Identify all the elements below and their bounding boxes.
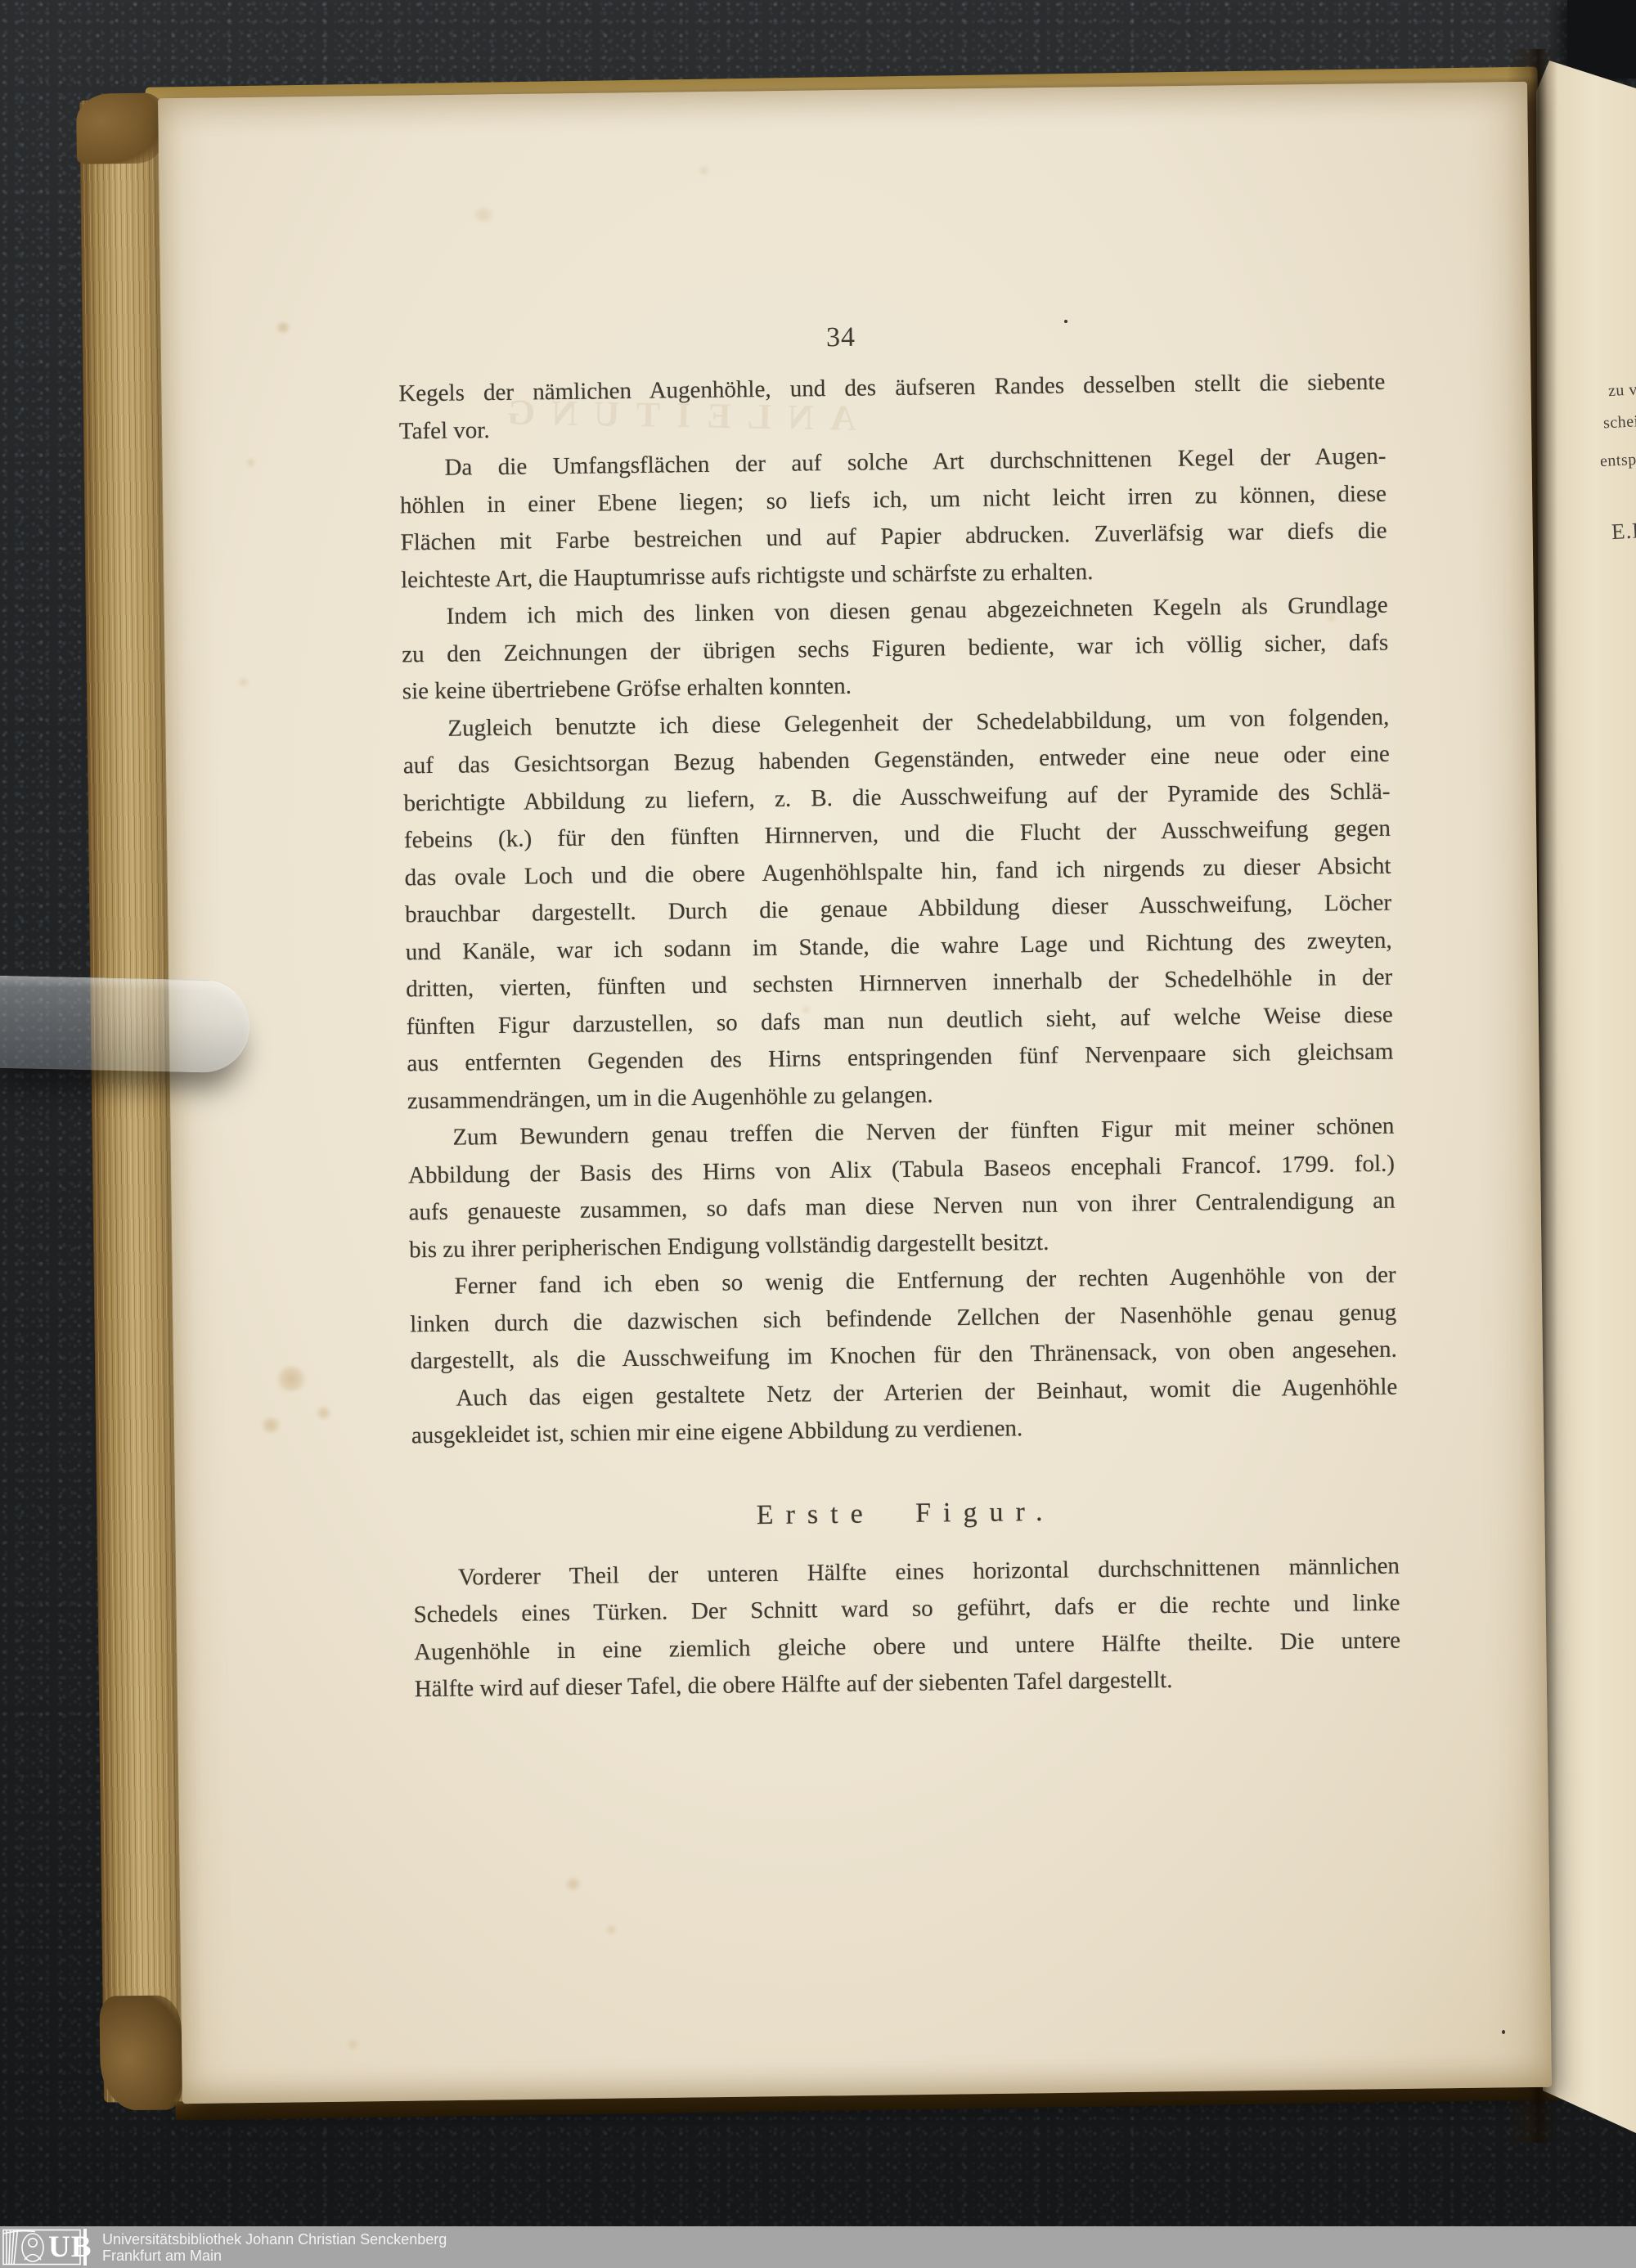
figure-heading: Erste Figur.: [412, 1489, 1399, 1538]
book-scan-viewport: zu ve schein entsp E.F ANLEITUNG 34 Kege…: [0, 0, 1636, 2268]
ub-logo-text: UB: [48, 2230, 92, 2265]
facing-page-text-fragment: zu ve: [1607, 380, 1636, 401]
library-city: Frankfurt am Main: [102, 2248, 447, 2264]
foxing-stain: [316, 1407, 331, 1419]
ub-logo: UB: [2, 2229, 88, 2266]
foxing-stain: [472, 208, 495, 222]
facing-page-text-fragment: schein: [1602, 412, 1636, 433]
page-text-block: Kegels der nämlichen Augenhöhle, und des…: [398, 364, 1401, 1709]
foxing-stain: [261, 1417, 281, 1433]
foxing-stain: [698, 166, 710, 175]
foxing-stain: [606, 1925, 617, 1934]
foxing-stain: [276, 1366, 306, 1392]
foxing-stain: [347, 2040, 359, 2049]
foxing-stain: [276, 322, 290, 333]
library-watermark-bar: UB Universitätsbibliothek Johann Christi…: [0, 2226, 1636, 2268]
page-holder-strap: [0, 976, 250, 1074]
top-right-shadow: [1567, 0, 1636, 79]
facing-page-text-fragment: E.F: [1611, 518, 1636, 545]
foxing-stain: [565, 1878, 581, 1890]
foxing-stain: [238, 678, 249, 686]
library-name: Universitätsbibliothek Johann Christian …: [102, 2231, 447, 2248]
library-attribution: Universitätsbibliothek Johann Christian …: [102, 2231, 447, 2264]
foxing-stain: [246, 459, 255, 466]
facing-page-text-fragment: entsp: [1599, 451, 1636, 471]
ink-speck: [1502, 2030, 1505, 2034]
